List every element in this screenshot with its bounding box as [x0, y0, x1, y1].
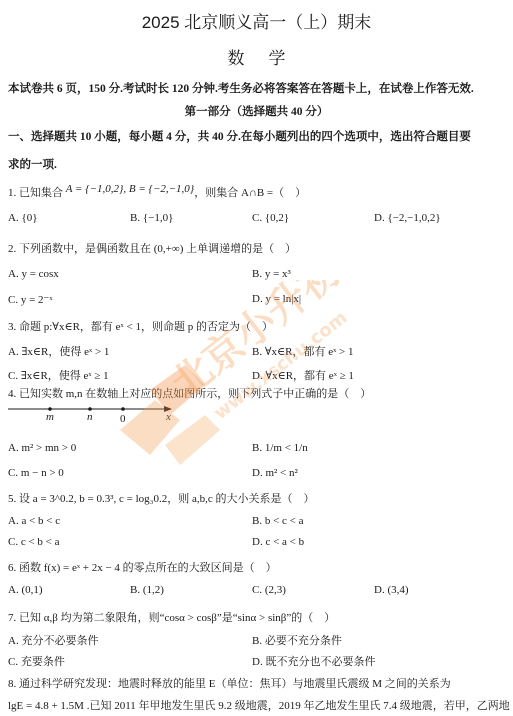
question-3-option-d: D. ∀x∈R，都有 eˣ ≥ 1 — [252, 367, 354, 383]
question-5-option-d: D. c < a < b — [252, 536, 304, 548]
question-1-stem: 1. 已知集合 A = {−1,0,2}, B = {−2,−1,0}，则集合 … — [8, 184, 306, 200]
number-line-label-n: n — [87, 411, 93, 423]
question-5-option-a: A. a < b < c — [8, 515, 60, 527]
question-6-stem: 6. 函数 f(x) = eˣ + 2x − 4 的零点所在的大致区间是（ ） — [8, 559, 277, 575]
question-2-option-b: B. y = x³ — [252, 268, 291, 280]
number-line-figure: m n 0 x — [6, 401, 174, 427]
number-line-label-zero: 0 — [120, 413, 126, 425]
question-3-option-c: C. ∃x∈R，使得 eˣ ≥ 1 — [8, 367, 109, 383]
question-4-option-c: C. m − n > 0 — [8, 467, 64, 479]
question-2-stem: 2. 下列函数中，是偶函数且在 (0,+∞) 上单调递增的是（ ） — [8, 240, 296, 256]
question-3-option-b: B. ∀x∈R，都有 eˣ > 1 — [252, 343, 353, 359]
question-4-option-b: B. 1/m < 1/n — [252, 442, 308, 454]
question-7-option-a: A. 充分不必要条件 — [8, 632, 98, 648]
section-instructions-line1: 一、选择题共 10 小题，每小题 4 分，共 40 分.在每小题列出的四个选项中… — [8, 128, 471, 144]
number-line-label-m: m — [46, 411, 54, 423]
question-3-stem: 3. 命题 p:∀x∈R，都有 eˣ < 1，则命题 p 的否定为（ ） — [8, 318, 273, 334]
question-1-suffix: ，则集合 A∩B =（ ） — [194, 187, 306, 199]
question-7-option-c: C. 充要条件 — [8, 653, 65, 669]
question-4-stem: 4. 已知实数 m,n 在数轴上对应的点如图所示，则下列式子中正确的是（ ） — [8, 385, 371, 401]
question-1-option-b: B. {−1,0} — [130, 212, 173, 224]
question-2-option-a: A. y = cosx — [8, 268, 59, 280]
question-4-option-a: A. m² > mn > 0 — [8, 442, 76, 454]
document-title: 2025 北京顺义高一（上）期末 — [0, 8, 513, 33]
question-2-option-c: C. y = 2⁻ˣ — [8, 293, 53, 306]
question-7-option-b: B. 必要不充分条件 — [252, 632, 342, 648]
question-7-stem: 7. 已知 α,β 均为第二象限角，则“cosα > cosβ”是“sinα >… — [8, 609, 335, 625]
question-1-math: A = {−1,0,2}, B = {−2,−1,0} — [66, 183, 194, 195]
part-heading: 第一部分（选择题共 40 分） — [0, 103, 513, 119]
question-1-option-a: A. {0} — [8, 212, 38, 224]
question-2-option-d: D. y = ln|x| — [252, 293, 301, 305]
question-7-option-d: D. 既不充分也不必要条件 — [252, 653, 375, 669]
question-1-option-d: D. {−2,−1,0,2} — [374, 212, 441, 224]
question-8-stem-line1: 8. 通过科学研究发现：地震时释放的能里 E（单位：焦耳）与地震里氏震级 M 之… — [8, 675, 451, 691]
question-8-stem-line2: lgE = 4.8 + 1.5M .已知 2011 年甲地发生里氏 9.2 级地… — [8, 697, 510, 713]
number-line-label-x: x — [166, 411, 171, 423]
question-5-option-c: C. c < b < a — [8, 536, 60, 548]
question-6-option-b: B. (1,2) — [130, 584, 164, 596]
exam-notice: 本试卷共 6 页，150 分.考试时长 120 分钟.考生务必将答案答在答题卡上… — [8, 80, 474, 96]
question-4-option-d: D. m² < n² — [252, 467, 298, 479]
question-6-option-a: A. (0,1) — [8, 584, 43, 596]
question-6-option-d: D. (3,4) — [374, 584, 409, 596]
question-5-option-b: B. b < c < a — [252, 515, 304, 527]
question-6-option-c: C. (2,3) — [252, 584, 286, 596]
section-instructions-line2: 求的一项. — [8, 156, 57, 172]
question-1-prefix: 1. 已知集合 — [8, 187, 66, 199]
question-5-stem: 5. 设 a = 3^0.2, b = 0.3³, c = log₃0.2，则 … — [8, 490, 315, 506]
question-1-option-c: C. {0,2} — [252, 212, 289, 224]
subject-title: 数学 — [0, 44, 513, 69]
question-3-option-a: A. ∃x∈R，使得 eˣ > 1 — [8, 343, 109, 359]
